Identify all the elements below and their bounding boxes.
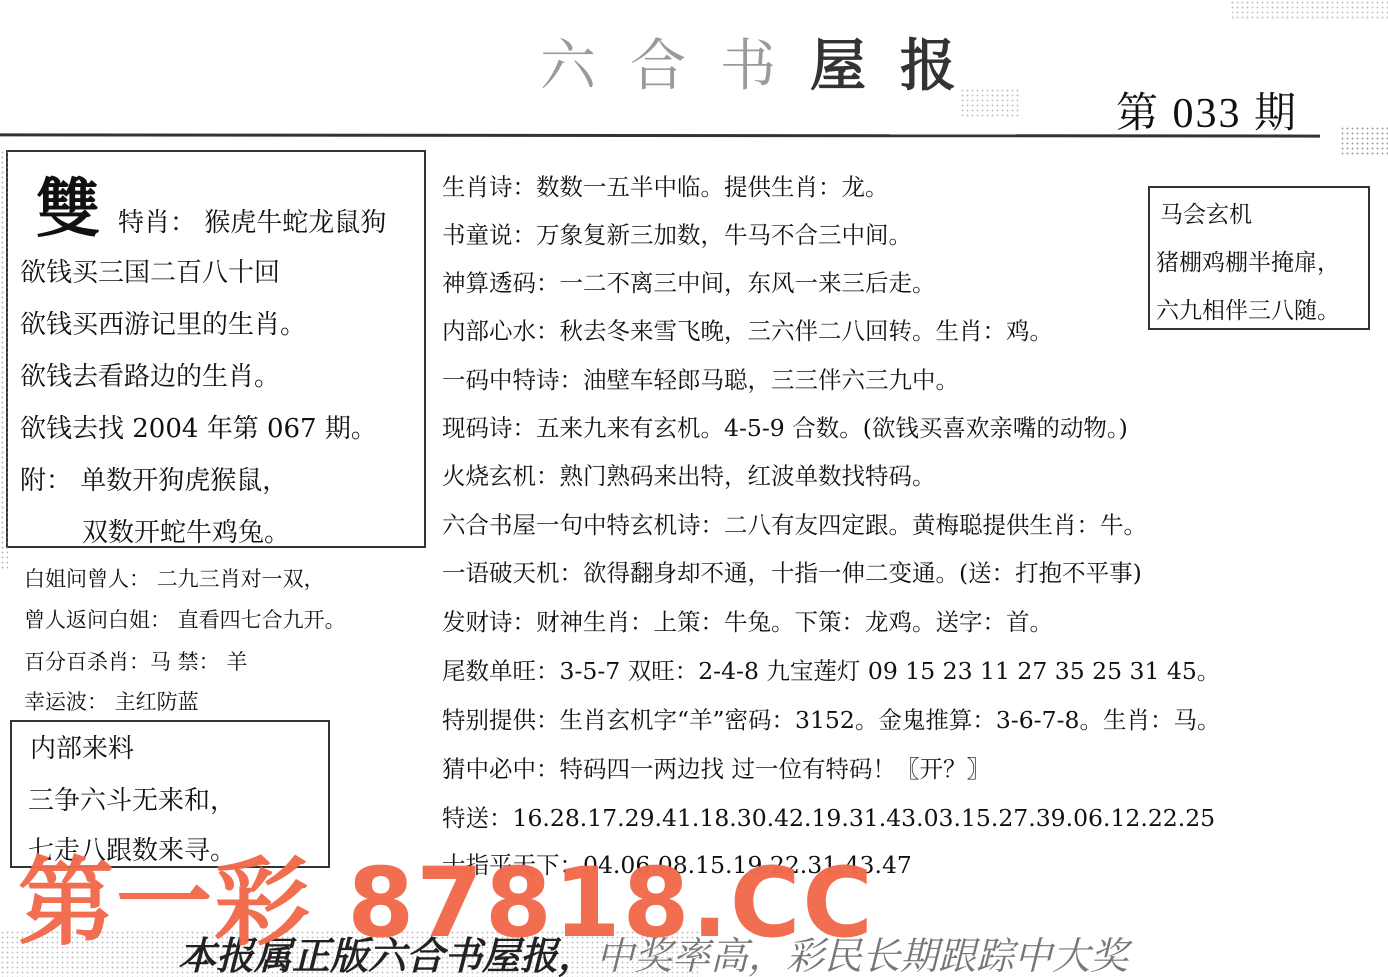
scan-noise bbox=[1230, 0, 1388, 20]
main-line-divine-code: 神算透码：一二不离三中间，东风一来三后走。 bbox=[442, 264, 936, 298]
lucky-wave-line: 幸运波： 主红防蓝 bbox=[24, 686, 199, 716]
main-line-tail-numbers: 尾数单旺：3-5-7 双旺：2-4-8 九宝莲灯 09 15 23 11 27 … bbox=[442, 652, 1220, 686]
main-line-one-code: 一码中特诗：油壁车轻郎马聪，三三伴六三九中。 bbox=[442, 361, 959, 395]
special-zodiac-line: 特肖： 猴虎牛蛇龙鼠狗 bbox=[118, 202, 386, 239]
main-line-book-boy: 书童说：万象复新三加数，牛马不合三中间。 bbox=[442, 216, 912, 250]
main-line-bookhouse-poem: 六合书屋一句中特玄机诗：二八有友四定跟。黄梅聪提供生肖：牛。 bbox=[442, 506, 1147, 540]
scan-noise bbox=[1340, 126, 1388, 156]
mahui-line: 猪棚鸡棚半掩扉， bbox=[1156, 244, 1340, 277]
riddle-line: 欲钱去看路边的生肖。 bbox=[20, 356, 280, 393]
mahui-line: 六九相伴三八随。 bbox=[1156, 292, 1340, 325]
site-watermark: 第一彩 87818.CC bbox=[18, 855, 875, 951]
riddle-line: 欲钱去找 2004 年第 067 期。 bbox=[20, 408, 377, 445]
header-rule bbox=[0, 133, 1320, 137]
title-faint-part: 六合书 bbox=[540, 34, 810, 99]
main-line-one-word: 一语破天机：欲得翻身却不通，十指一伸二变通。(送：打抱不平事) bbox=[442, 554, 1142, 588]
kill-zodiac-line: 百分百杀肖：马 禁： 羊 bbox=[24, 646, 247, 676]
shuang-box: 雙 特肖： 猴虎牛蛇龙鼠狗 欲钱买三国二百八十回 欲钱买西游记里的生肖。 欲钱去… bbox=[6, 150, 426, 548]
main-line-guess: 猜中必中：特码四一两边找 过一位有特码！〖开？〗 bbox=[442, 750, 990, 784]
inner-material-line: 三争六斗无来和， bbox=[28, 780, 236, 817]
appendix-line: 双数开蛇牛鸡兔。 bbox=[82, 512, 290, 549]
main-line-zodiac-poem: 生肖诗：数数一五半中临。提供生肖：龙。 bbox=[442, 168, 889, 202]
main-line-fortune-poem: 发财诗：财神生肖：上策：牛兔。下策：龙鸡。送字：首。 bbox=[442, 603, 1053, 637]
riddle-line: 欲钱买三国二百八十回 bbox=[20, 252, 280, 289]
main-line-special-offer: 特别提供：生肖玄机字“羊”密码：3152。金鬼推算：3-6-7-8。生肖：马。 bbox=[442, 701, 1220, 735]
main-line-inside-tip: 内部心水：秋去冬来雪飞晚，三六伴二八回转。生肖：鸡。 bbox=[442, 312, 1053, 346]
scan-noise bbox=[0, 150, 8, 570]
main-line-fire-mystery: 火烧玄机：熟门熟码来出特，红波单数找特码。 bbox=[442, 457, 936, 491]
mahui-title: 马会玄机 bbox=[1160, 196, 1252, 229]
newspaper-title: 六合书屋报 bbox=[540, 22, 990, 102]
mahui-box: 马会玄机 猪棚鸡棚半掩扉， 六九相伴三八随。 bbox=[1148, 186, 1370, 330]
main-line-show-code: 现码诗：五来九来有玄机。4-5-9 合数。(欲钱买喜欢亲嘴的动物。) bbox=[442, 409, 1128, 443]
note-line: 白姐问曾人： 二九三肖对一双， bbox=[24, 563, 325, 593]
appendix-line: 附： 单数开狗虎猴鼠， bbox=[20, 460, 288, 497]
shuang-character: 雙 bbox=[36, 158, 100, 250]
main-line-special-send: 特送：16.28.17.29.41.18.30.42.19.31.43.03.1… bbox=[442, 799, 1215, 833]
riddle-line: 欲钱买西游记里的生肖。 bbox=[20, 304, 306, 341]
inner-material-title: 内部来料 bbox=[30, 728, 134, 765]
issue-number: 第 033 期 bbox=[1116, 80, 1298, 140]
inner-material-box: 内部来料 三争六斗无来和， 七走八跟数来寻。 bbox=[10, 720, 330, 868]
note-line: 曾人返问白姐： 直看四七合九开。 bbox=[24, 604, 346, 634]
scan-noise bbox=[960, 88, 1020, 118]
